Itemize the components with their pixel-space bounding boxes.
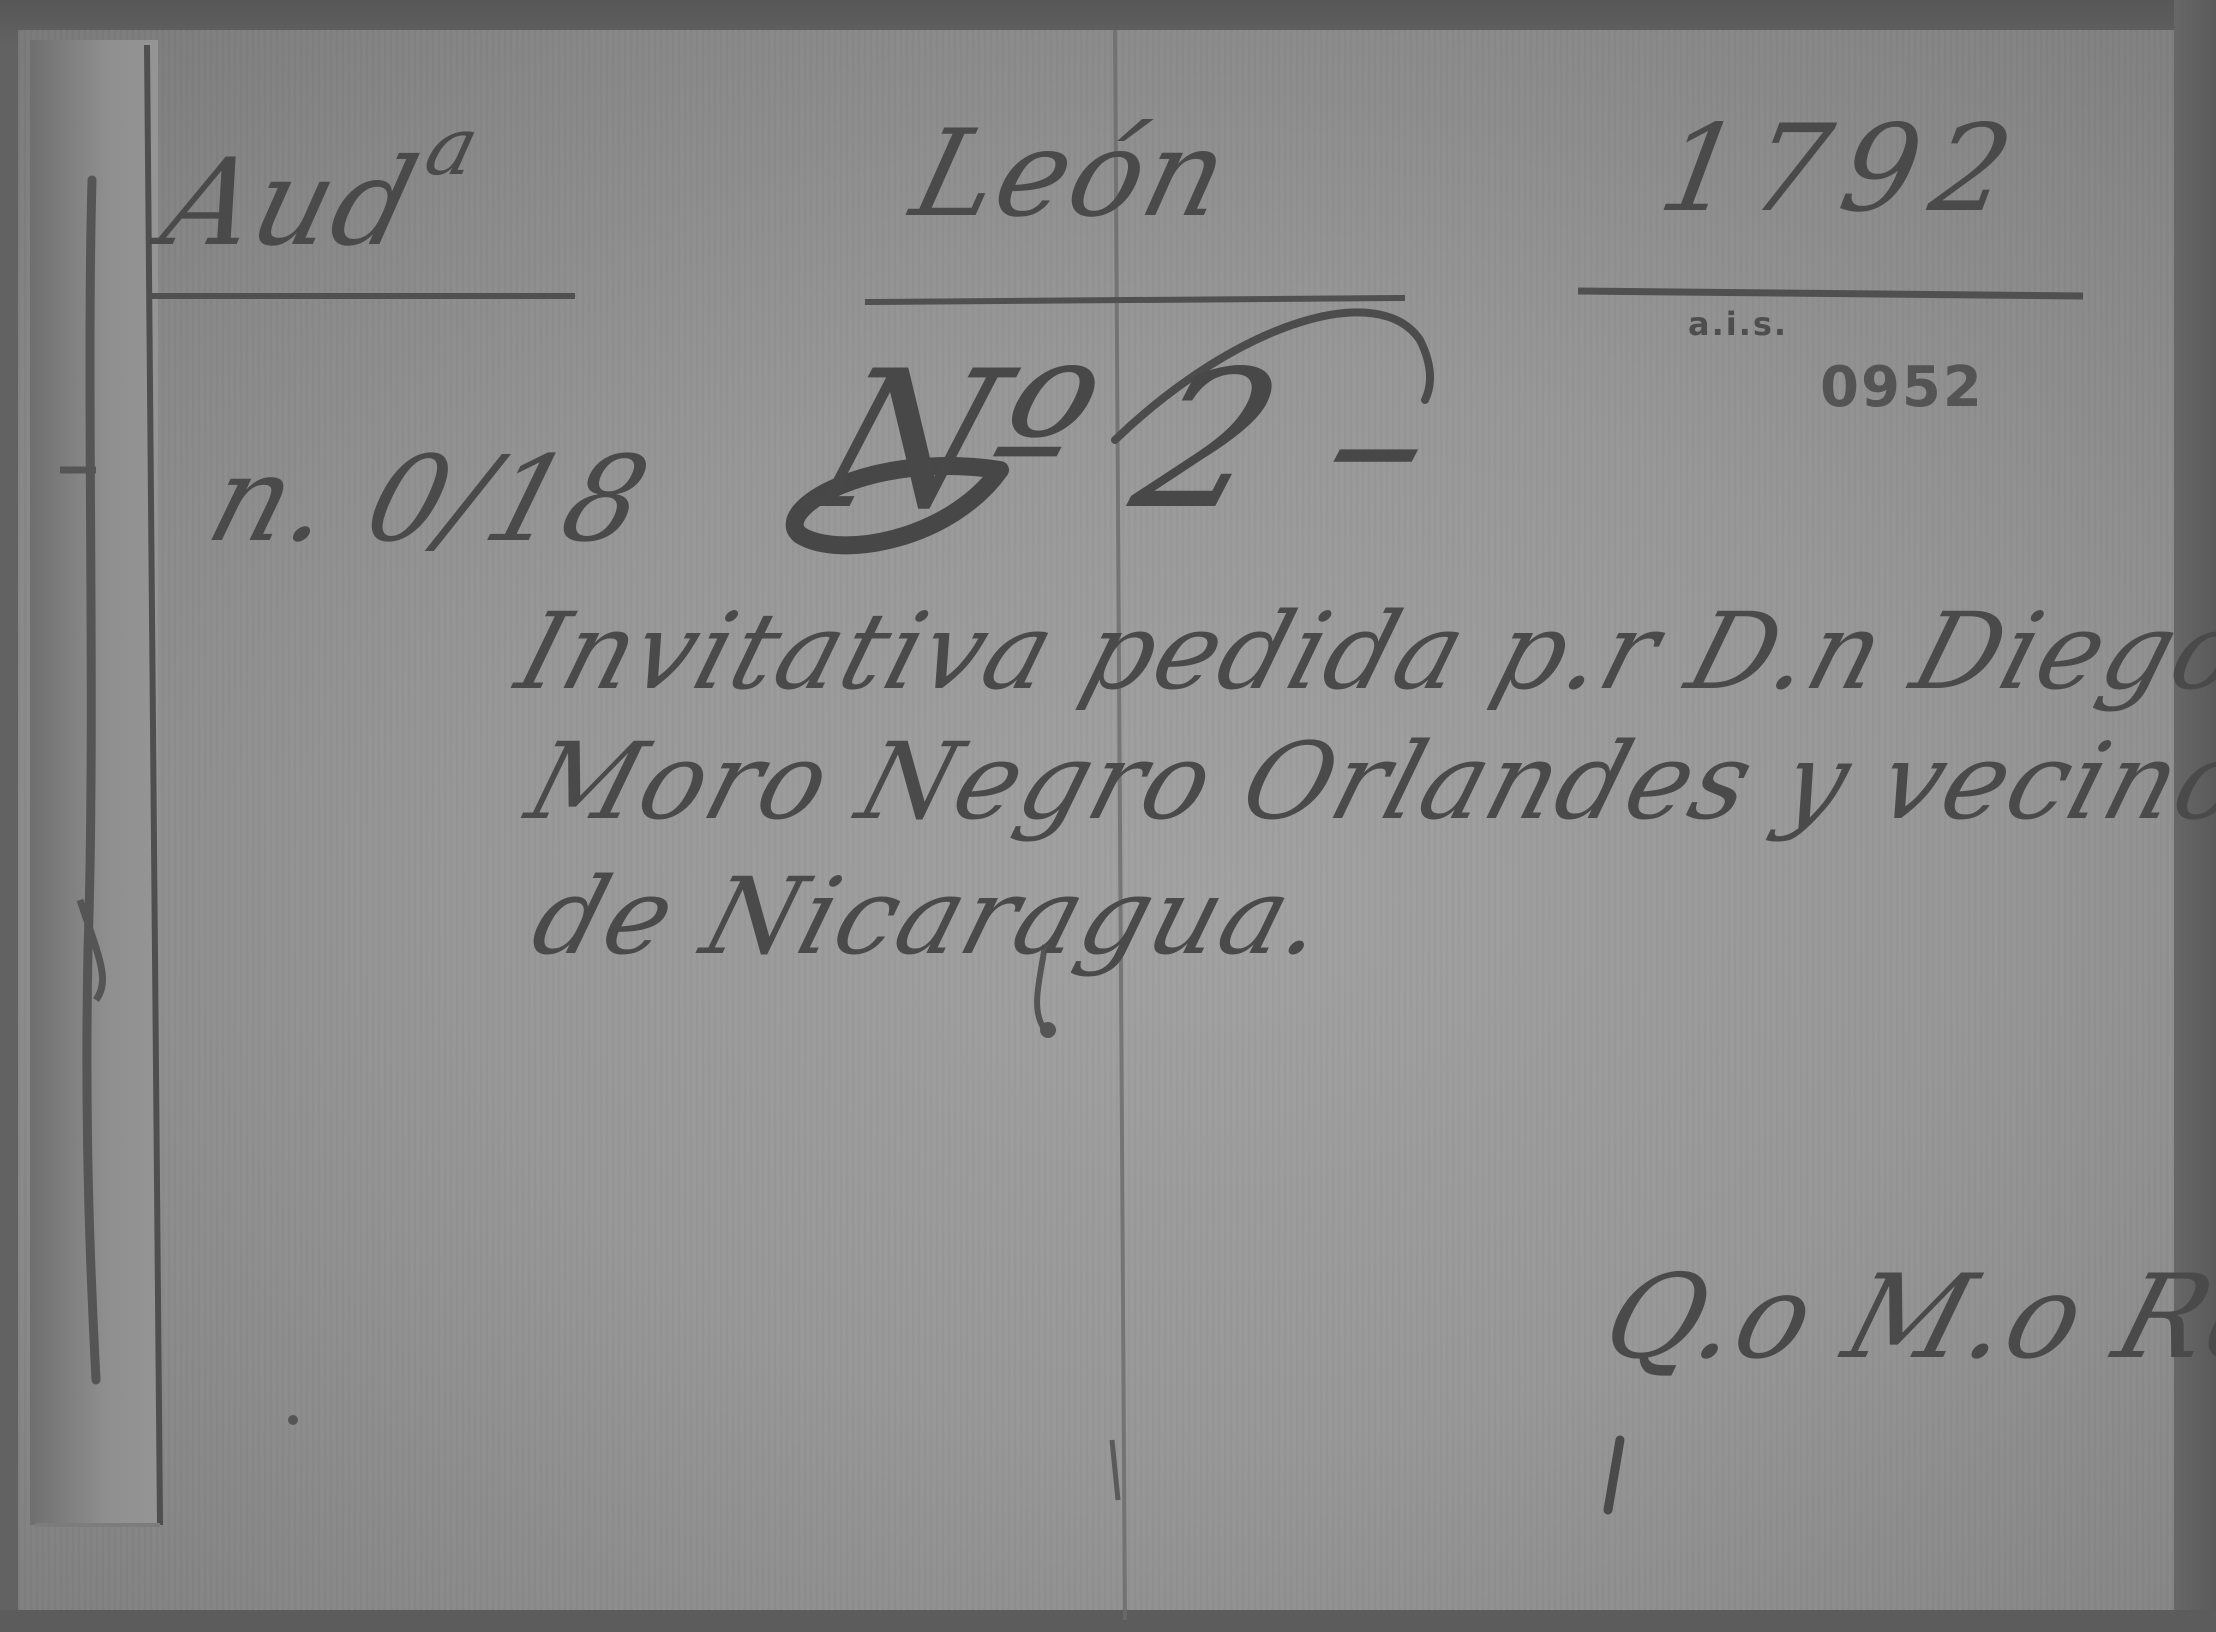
reference-number: n. 0/18 — [195, 430, 665, 568]
file-number: Nº 2 – — [790, 330, 1466, 551]
binding-thread — [87, 180, 96, 1380]
scanned-document: Auda León 1792 a.i.s. 0952 n. 0/18 Nº 2 … — [0, 0, 2216, 1632]
place-heading: León — [900, 105, 1243, 244]
archive-stamp-label: a.i.s. — [1688, 305, 1788, 343]
underline-year — [1578, 291, 2083, 296]
title-line-2: Moro Negro Orlandes y vecino — [515, 720, 2216, 843]
signature: Q.o M.o Roña — [1590, 1250, 2216, 1385]
title-line-1: Invitativa pedida p.r D.n Diego — [505, 590, 2216, 713]
year-heading: 1792 — [1650, 100, 2036, 239]
audiencia-heading: Auda — [150, 100, 488, 273]
archive-stamp-number: 0952 — [1820, 355, 1984, 420]
underline-leon — [865, 298, 1405, 302]
title-line-3: de Nicaragua. — [520, 855, 1342, 978]
